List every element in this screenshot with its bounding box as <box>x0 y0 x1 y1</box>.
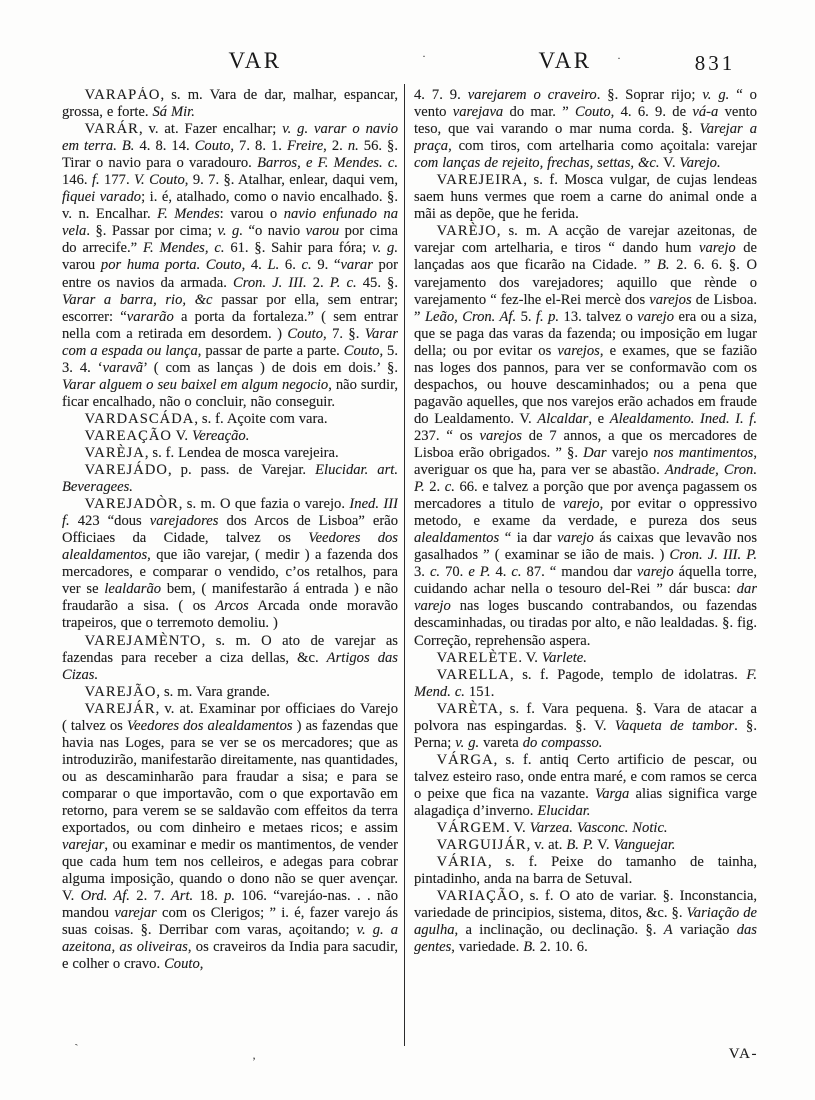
page-number: 831 <box>680 51 750 76</box>
entry-paragraph: VAREJÃO, s. m. Vara grande. <box>62 684 398 701</box>
entry-paragraph: VARÈTA, s. f. Vara pequena. §. Vara de a… <box>414 701 757 752</box>
entry-paragraph: VARGUIJÁR, v. at. B. P. V. Vanguejar. <box>414 837 757 854</box>
entry-paragraph: VÁRGA, s. f. antiq Certo artificio de pe… <box>414 752 757 820</box>
entry-paragraph: VARAPÁO, s. m. Vara de dar, malhar, espa… <box>62 87 398 121</box>
entry-paragraph: VARÈJO, s. m. A acção de varejar azeiton… <box>414 223 757 649</box>
entry-paragraph: VAREJEIRA, s. f. Mosca vulgar, de cujas … <box>414 172 757 223</box>
catchword: VA- <box>680 1046 758 1063</box>
entry-paragraph: VAREJÁDO, p. pass. de Varejar. Elucidar.… <box>62 462 398 496</box>
right-column: 4. 7. 9. varejarem o craveiro. §. Soprar… <box>414 87 757 1045</box>
running-title-left: VAR <box>195 48 315 74</box>
entry-paragraph: VÁRIA, s. f. Peixe do tamanho de tainha,… <box>414 854 757 888</box>
left-column: VARAPÁO, s. m. Vara de dar, malhar, espa… <box>62 87 398 1045</box>
running-title-right: VAR <box>505 48 625 74</box>
entry-paragraph: VÁRGEM. V. Varzea. Vasconc. Notic. <box>414 820 757 837</box>
entry-continuation-paragraph: 4. 7. 9. varejarem o craveiro. §. Soprar… <box>414 87 757 172</box>
entry-paragraph: VAREJADÒR, s. m. O que fazia o varejo. I… <box>62 496 398 632</box>
entry-paragraph: VARÈJA, s. f. Lendea de mosca varejeira. <box>62 445 398 462</box>
entry-paragraph: VARDASCÁDA, s. f. Açoite com vara. <box>62 411 398 428</box>
column-divider-rule <box>404 84 405 1046</box>
scan-speck: · <box>422 50 426 62</box>
scan-speck: · <box>617 52 621 64</box>
entry-paragraph: VARELÈTE. V. Varlete. <box>414 650 757 667</box>
entry-paragraph: VAREAÇÃO V. Vereação. <box>62 428 398 445</box>
entry-paragraph: VARIAÇÃO, s. f. O ato de variar. §. Inco… <box>414 888 757 956</box>
entry-paragraph: VAREJÁR, v. at. Examinar por officiaes d… <box>62 701 398 974</box>
entry-paragraph: VARELLA, s. f. Pagode, templo de idolatr… <box>414 667 757 701</box>
entry-paragraph: VAREJAMÈNTO, s. m. O ato de varejar as f… <box>62 633 398 684</box>
dictionary-page: VAR VAR 831 VARAPÁO, s. m. Vara de dar, … <box>0 0 815 1100</box>
entry-paragraph: VARÁR, v. at. Fazer encalhar; v. g. vara… <box>62 121 398 411</box>
scan-speck: ’ <box>252 1055 256 1067</box>
